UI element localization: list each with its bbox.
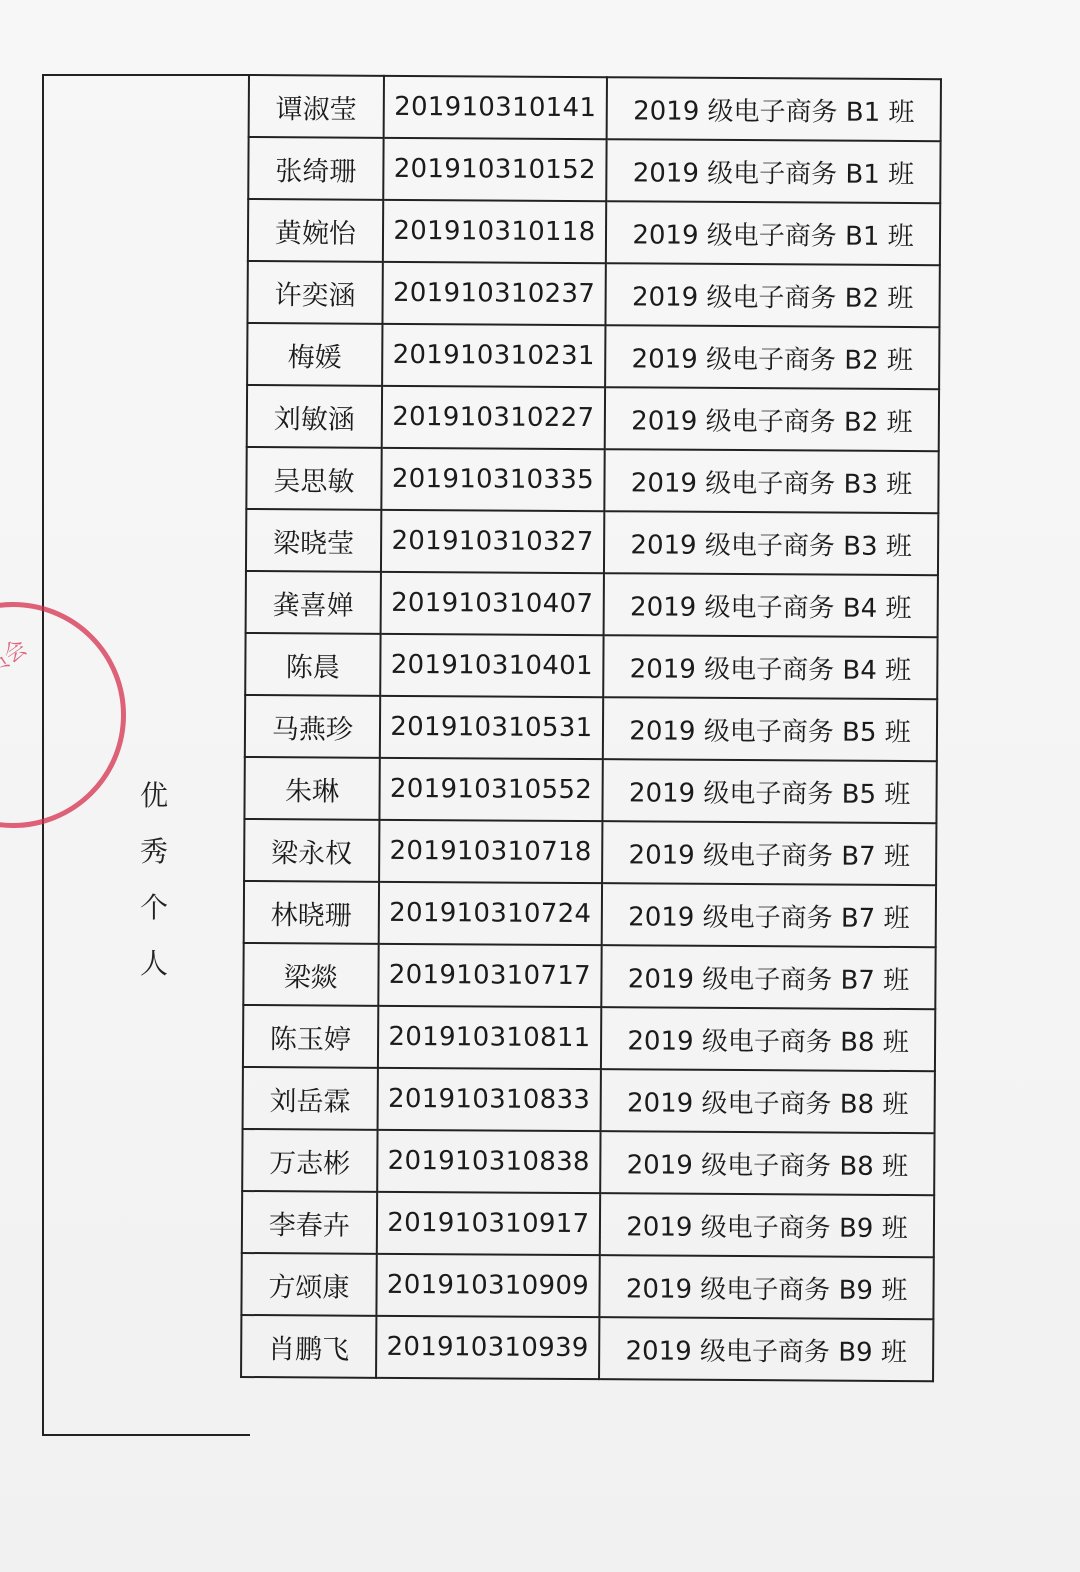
table-row: 肖鹏飞2019103109392019 级电子商务 B9 班 <box>241 1315 933 1381</box>
class-name-cell: 2019 级电子商务 B5 班 <box>602 759 936 823</box>
student-name-cell: 龚喜婵 <box>246 571 381 634</box>
table-row: 万志彬2019103108382019 级电子商务 B8 班 <box>242 1129 934 1195</box>
student-id-cell: 201910310838 <box>377 1130 601 1193</box>
student-id-cell: 201910310227 <box>381 386 605 449</box>
student-name-cell: 黄婉怡 <box>248 199 383 262</box>
student-id-cell: 201910310909 <box>376 1254 600 1317</box>
class-name-cell: 2019 级电子商务 B1 班 <box>606 201 940 265</box>
class-name-cell: 2019 级电子商务 B9 班 <box>599 1255 933 1319</box>
student-id-cell: 201910310237 <box>382 262 606 325</box>
class-name-cell: 2019 级电子商务 B2 班 <box>605 387 939 451</box>
table-row: 方颂康2019103109092019 级电子商务 B9 班 <box>241 1253 933 1319</box>
student-name-cell: 肖鹏飞 <box>241 1315 376 1378</box>
class-name-cell: 2019 级电子商务 B2 班 <box>606 263 940 327</box>
student-id-cell: 201910310141 <box>383 76 607 139</box>
table-row: 刘岳霖2019103108332019 级电子商务 B8 班 <box>243 1067 935 1133</box>
student-id-cell: 201910310833 <box>377 1068 601 1131</box>
student-name-cell: 吴思敏 <box>246 447 381 510</box>
table-row: 龚喜婵2019103104072019 级电子商务 B4 班 <box>246 571 938 637</box>
table-row: 朱琳2019103105522019 级电子商务 B5 班 <box>244 757 936 823</box>
table-row: 梅媛2019103102312019 级电子商务 B2 班 <box>247 323 939 389</box>
student-id-cell: 201910310231 <box>382 324 606 387</box>
student-name-cell: 许奕涵 <box>247 261 382 324</box>
table-row: 梁永权2019103107182019 级电子商务 B7 班 <box>244 819 936 885</box>
student-name-cell: 梁晓莹 <box>246 509 381 572</box>
table-row: 许奕涵2019103102372019 级电子商务 B2 班 <box>247 261 939 327</box>
class-name-cell: 2019 级电子商务 B1 班 <box>606 139 940 203</box>
student-name-cell: 刘敏涵 <box>247 385 382 448</box>
awardee-table: 谭淑莹2019103101412019 级电子商务 B1 班张绮珊2019103… <box>240 74 942 1382</box>
category-char: 人 <box>140 936 168 992</box>
student-name-cell: 刘岳霖 <box>243 1067 378 1130</box>
table-row: 林晓珊2019103107242019 级电子商务 B7 班 <box>244 881 936 947</box>
student-name-cell: 陈玉婷 <box>243 1005 378 1068</box>
table-row: 刘敏涵2019103102272019 级电子商务 B2 班 <box>247 385 939 451</box>
document-page: 委员会 优秀个人 谭淑莹2019103101412019 级电子商务 B1 班张… <box>0 0 1080 1572</box>
class-name-cell: 2019 级电子商务 B2 班 <box>605 325 939 389</box>
student-name-cell: 方颂康 <box>241 1253 376 1316</box>
table-row: 陈玉婷2019103108112019 级电子商务 B8 班 <box>243 1005 935 1071</box>
student-id-cell: 201910310724 <box>378 882 602 945</box>
student-name-cell: 马燕珍 <box>245 695 380 758</box>
table-row: 李春卉2019103109172019 级电子商务 B9 班 <box>242 1191 934 1257</box>
student-name-cell: 梅媛 <box>247 323 382 386</box>
student-name-cell: 谭淑莹 <box>249 75 384 138</box>
student-id-cell: 201910310118 <box>383 200 607 263</box>
class-name-cell: 2019 级电子商务 B3 班 <box>604 449 938 513</box>
student-name-cell: 林晓珊 <box>244 881 379 944</box>
class-name-cell: 2019 级电子商务 B8 班 <box>600 1131 934 1195</box>
class-name-cell: 2019 级电子商务 B7 班 <box>602 821 936 885</box>
student-id-cell: 201910310407 <box>380 572 604 635</box>
category-char: 个 <box>140 880 168 936</box>
student-name-cell: 梁永权 <box>244 819 379 882</box>
table-row: 黄婉怡2019103101182019 级电子商务 B1 班 <box>248 199 940 265</box>
student-id-cell: 201910310811 <box>378 1006 602 1069</box>
class-name-cell: 2019 级电子商务 B1 班 <box>607 77 941 141</box>
student-name-cell: 万志彬 <box>242 1129 377 1192</box>
class-name-cell: 2019 级电子商务 B7 班 <box>601 945 935 1009</box>
category-char: 秀 <box>140 824 168 880</box>
class-name-cell: 2019 级电子商务 B4 班 <box>604 573 938 637</box>
student-id-cell: 201910310717 <box>378 944 602 1007</box>
class-name-cell: 2019 级电子商务 B5 班 <box>603 697 937 761</box>
student-id-cell: 201910310152 <box>383 138 607 201</box>
student-id-cell: 201910310718 <box>379 820 603 883</box>
class-name-cell: 2019 级电子商务 B4 班 <box>603 635 937 699</box>
student-name-cell: 陈晨 <box>245 633 380 696</box>
category-label: 优秀个人 <box>134 768 174 992</box>
table-row: 陈晨2019103104012019 级电子商务 B4 班 <box>245 633 937 699</box>
student-name-cell: 李春卉 <box>242 1191 377 1254</box>
table-row: 马燕珍2019103105312019 级电子商务 B5 班 <box>245 695 937 761</box>
class-name-cell: 2019 级电子商务 B7 班 <box>602 883 936 947</box>
student-id-cell: 201910310939 <box>376 1316 600 1379</box>
student-id-cell: 201910310335 <box>381 448 605 511</box>
student-id-cell: 201910310917 <box>377 1192 601 1255</box>
table-row: 梁燚2019103107172019 级电子商务 B7 班 <box>243 943 935 1009</box>
class-name-cell: 2019 级电子商务 B9 班 <box>600 1193 934 1257</box>
table-row: 谭淑莹2019103101412019 级电子商务 B1 班 <box>249 75 941 141</box>
class-name-cell: 2019 级电子商务 B9 班 <box>599 1317 933 1381</box>
category-char: 优 <box>140 768 168 824</box>
student-name-cell: 张绮珊 <box>248 137 383 200</box>
student-id-cell: 201910310531 <box>380 696 604 759</box>
class-name-cell: 2019 级电子商务 B8 班 <box>601 1069 935 1133</box>
table-row: 梁晓莹2019103103272019 级电子商务 B3 班 <box>246 509 938 575</box>
student-id-cell: 201910310327 <box>381 510 605 573</box>
class-name-cell: 2019 级电子商务 B3 班 <box>604 511 938 575</box>
student-id-cell: 201910310401 <box>380 634 604 697</box>
student-id-cell: 201910310552 <box>379 758 603 821</box>
table-row: 张绮珊2019103101522019 级电子商务 B1 班 <box>248 137 940 203</box>
student-name-cell: 梁燚 <box>243 943 378 1006</box>
class-name-cell: 2019 级电子商务 B8 班 <box>601 1007 935 1071</box>
student-name-cell: 朱琳 <box>244 757 379 820</box>
table-row: 吴思敏2019103103352019 级电子商务 B3 班 <box>246 447 938 513</box>
